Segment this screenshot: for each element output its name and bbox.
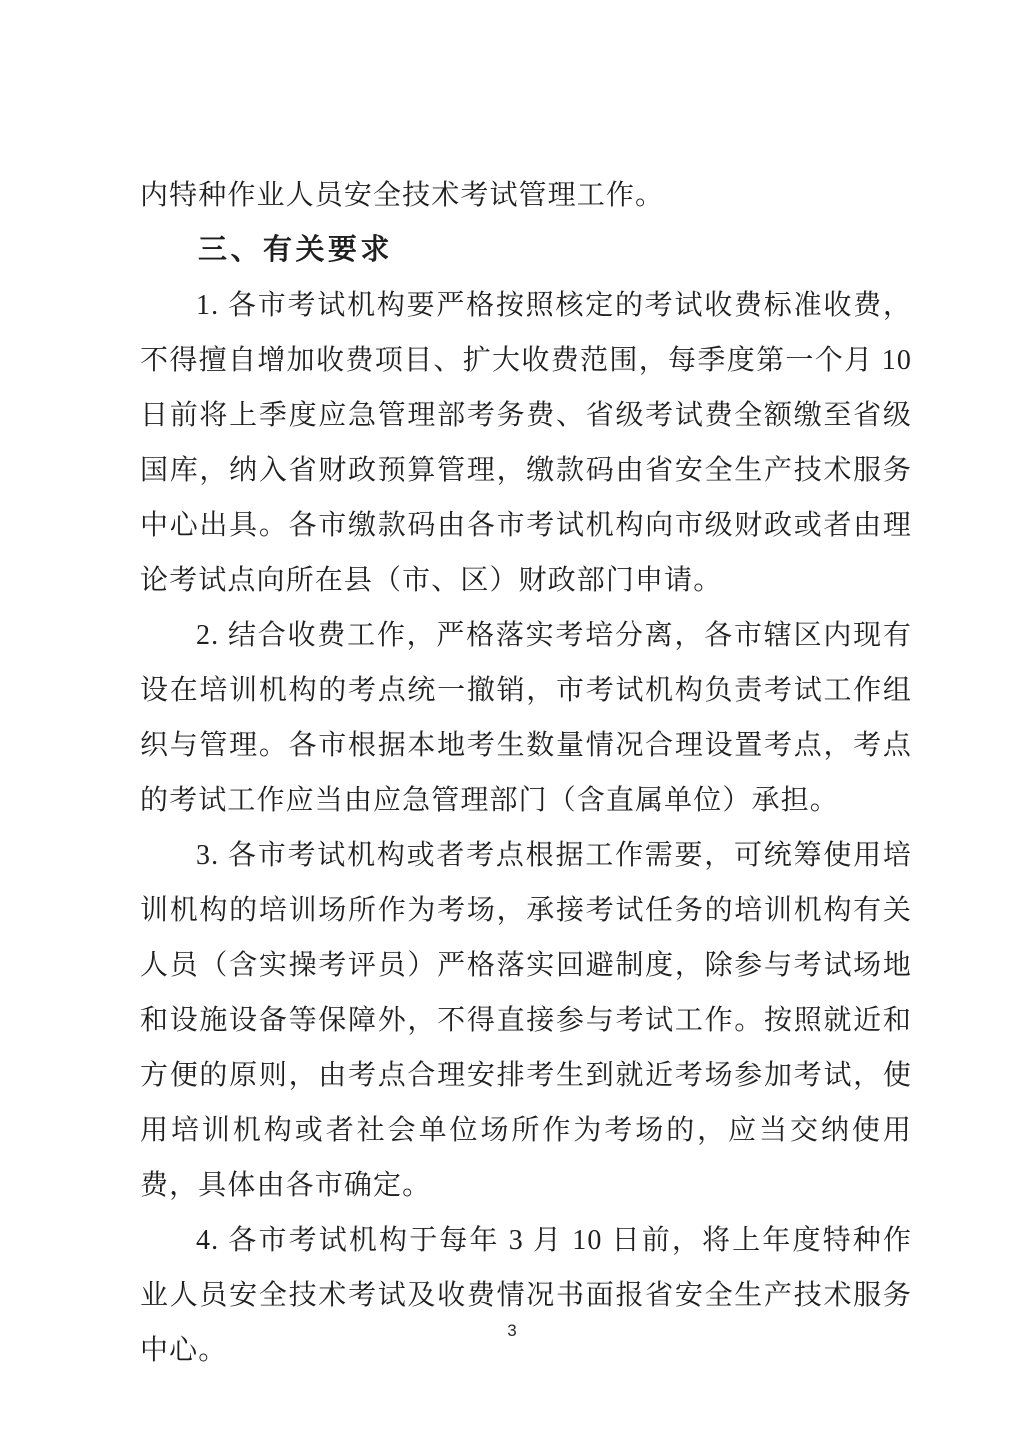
paragraph-item-2: 2. 结合收费工作，严格落实考培分离，各市辖区内现有设在培训机构的考点统一撤销，…: [140, 608, 912, 828]
document-body: 内特种作业人员安全技术考试管理工作。 三、有关要求 1. 各市考试机构要严格按照…: [140, 168, 912, 1378]
paragraph-item-3: 3. 各市考试机构或者考点根据工作需要，可统筹使用培训机构的培训场所作为考场，承…: [140, 828, 912, 1213]
section-heading: 三、有关要求: [140, 223, 912, 278]
paragraph-item-1: 1. 各市考试机构要严格按照核定的考试收费标准收费，不得擅自增加收费项目、扩大收…: [140, 278, 912, 608]
paragraph-item-4: 4. 各市考试机构于每年 3 月 10 日前，将上年度特种作业人员安全技术考试及…: [140, 1213, 912, 1378]
page-number: 3: [0, 1320, 1024, 1342]
paragraph-continuation: 内特种作业人员安全技术考试管理工作。: [140, 168, 912, 223]
document-page: 内特种作业人员安全技术考试管理工作。 三、有关要求 1. 各市考试机构要严格按照…: [0, 0, 1024, 1448]
